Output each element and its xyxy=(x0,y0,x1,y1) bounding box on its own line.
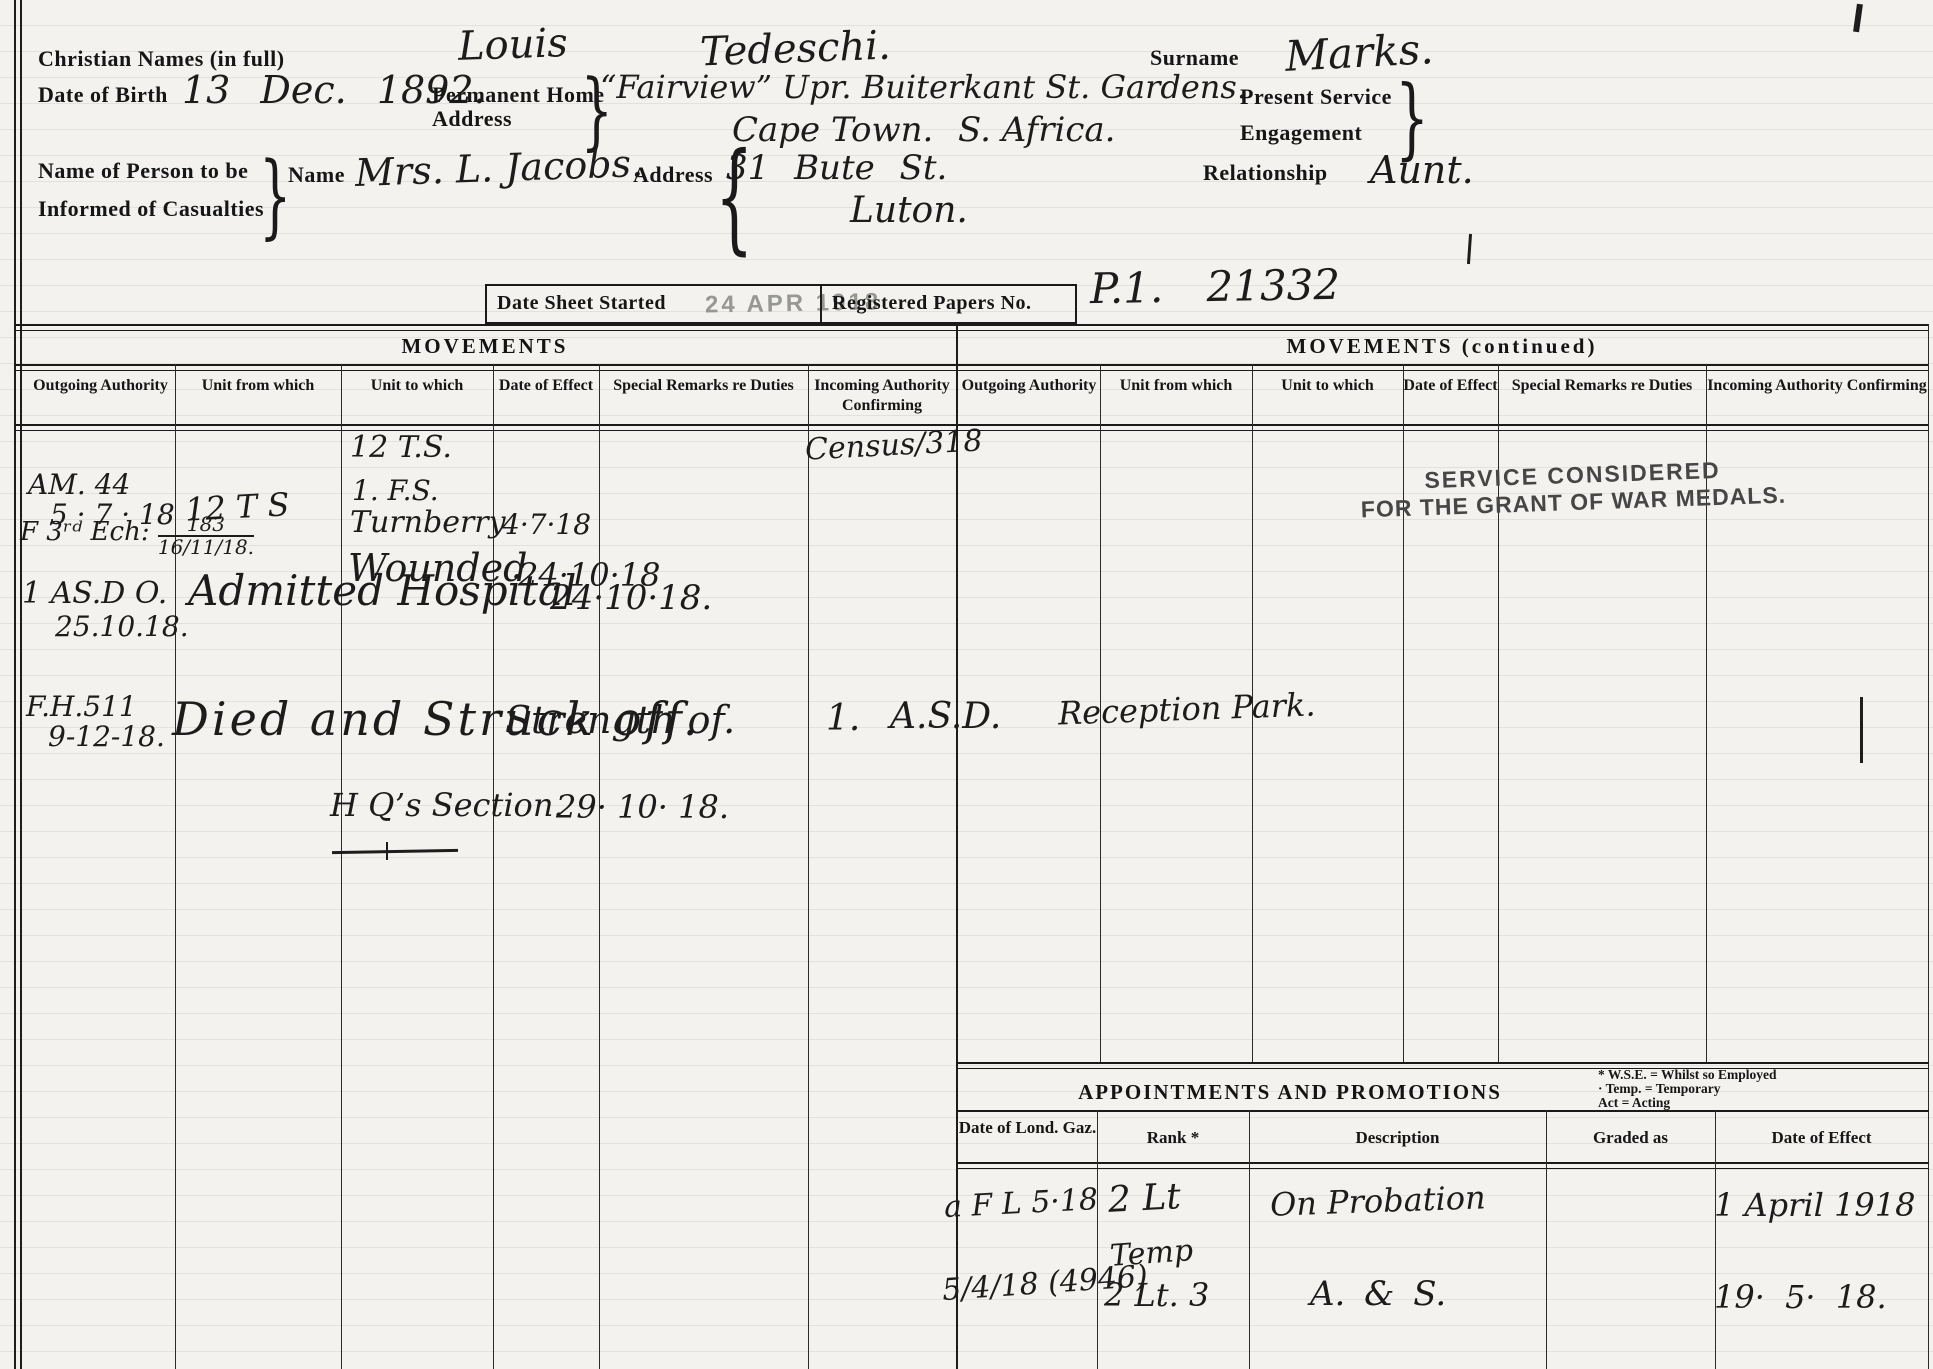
column-divider xyxy=(1097,1110,1098,1369)
movement-entry: Reception Park. xyxy=(1057,686,1316,733)
column-header: Incoming Authority Confirming xyxy=(808,376,956,416)
movement-entry: Strength of. xyxy=(505,698,735,742)
column-divider xyxy=(1546,1110,1547,1369)
movement-entry: 1. F.S. xyxy=(352,474,439,507)
legend-temp: · Temp. = Temporary xyxy=(1598,1082,1777,1096)
table-top-rule xyxy=(14,324,1929,331)
f3-denominator: 16/11/18. xyxy=(158,537,254,558)
relationship-label: Relationship xyxy=(1203,160,1328,186)
page-border-left-inner xyxy=(20,0,22,1369)
appointment-entry: 19· 5· 18. xyxy=(1714,1278,1887,1316)
f3-fraction: 18316/11/18. xyxy=(158,514,254,558)
movement-entry: 9-12-18. xyxy=(48,720,165,753)
movement-entry: AM. 44 xyxy=(28,468,130,501)
column-divider xyxy=(341,364,342,1369)
appointments-legend: * W.S.E. = Whilst so Employed · Temp. = … xyxy=(1598,1068,1777,1110)
f3-prefix: F 3ʳᵈ Ech: xyxy=(20,517,150,547)
war-medals-stamp: SERVICE CONSIDERED FOR THE GRANT OF WAR … xyxy=(1335,454,1811,525)
service-record-sheet: Christian Names (in full) Louis Tedeschi… xyxy=(0,0,1933,1369)
column-divider xyxy=(599,364,600,1369)
movements-title-left: MOVEMENTS xyxy=(14,334,956,359)
column-header: Special Remarks re Duties xyxy=(1498,376,1706,396)
movement-entry: 24·10·18. xyxy=(550,578,712,618)
permanent-home-label-line1: Permanent Home xyxy=(432,82,605,108)
movement-entry: 29· 10· 18. xyxy=(556,788,729,826)
column-header: Incoming Authority Confirming xyxy=(1706,376,1928,396)
title-bottom-rule xyxy=(14,364,1929,371)
f3-numerator: 183 xyxy=(158,514,254,537)
relationship-value: Aunt. xyxy=(1370,148,1474,192)
present-service-label-line2: Engagement xyxy=(1240,120,1362,146)
casualty-brace: } xyxy=(259,150,291,242)
page-border-left-outer xyxy=(14,0,16,1369)
column-header: Date of Lond. Gaz. xyxy=(958,1118,1097,1138)
registered-papers-value: P.1. 21332 xyxy=(1090,260,1341,313)
name-label: Name xyxy=(288,162,345,188)
column-header: Description xyxy=(1249,1128,1546,1148)
registered-papers-label: Registered Papers No. xyxy=(832,292,1032,315)
movement-entry: 25.10.18. xyxy=(55,610,189,643)
appointments-header-bottom-rule xyxy=(956,1162,1929,1169)
casualty-label-line2: Informed of Casualties xyxy=(38,196,264,222)
column-header: Date of Effect xyxy=(1715,1128,1928,1148)
column-header: Unit from which xyxy=(1100,376,1252,396)
movement-entry: 1 AS.D O. xyxy=(22,576,167,611)
movement-entry: Turnberry xyxy=(350,505,506,540)
column-divider xyxy=(1249,1110,1250,1369)
movement-entry: F 3ʳᵈ Ech: 18316/11/18. xyxy=(20,514,254,558)
column-header: Unit to which xyxy=(1252,376,1403,396)
pen-tick xyxy=(386,842,388,860)
table-right-edge xyxy=(1928,324,1929,1369)
movement-entry: 1. xyxy=(826,698,860,739)
appointment-entry: 2 Lt. 3 xyxy=(1104,1276,1209,1314)
legend-wse: * W.S.E. = Whilst so Employed xyxy=(1598,1068,1777,1082)
casualty-address-label: Address xyxy=(633,162,713,188)
appointments-header-top-rule xyxy=(956,1110,1929,1112)
pen-mark xyxy=(1467,234,1472,264)
home-address-line1: “Fairview” Upr. Buiterkant St. Gardens. xyxy=(600,68,1247,106)
column-header: Date of Effect xyxy=(493,376,599,396)
movement-entry: Admitted Hospital xyxy=(188,566,576,615)
movement-entry: H Q’s Section. xyxy=(330,786,564,824)
casualty-address-line1: 31 Bute St. xyxy=(726,148,947,188)
column-header: Date of Effect xyxy=(1403,376,1498,396)
column-divider xyxy=(808,364,809,1369)
present-service-label-line1: Present Service xyxy=(1240,84,1392,110)
column-header: Outgoing Authority xyxy=(26,376,175,396)
date-sheet-box-divider xyxy=(820,286,822,322)
home-address-line3: S. Africa. xyxy=(958,110,1115,150)
christian-names-value: Louis xyxy=(457,20,568,70)
permanent-home-label-line2: Address xyxy=(432,106,512,132)
appointment-entry: 1 April 1918 xyxy=(1714,1186,1916,1224)
appointment-entry: a F L 5·18 xyxy=(943,1182,1099,1225)
pen-mark xyxy=(1860,697,1863,763)
movement-entry: F.H.511 xyxy=(26,690,137,723)
casualty-address-line2: Luton. xyxy=(850,190,968,231)
movements-title-right: MOVEMENTS (continued) xyxy=(956,334,1928,359)
movement-entry: A.S.D. xyxy=(890,696,1001,737)
movement-entry: 4·7·18 xyxy=(502,508,591,541)
appointment-entry: A. & S. xyxy=(1310,1274,1446,1314)
date-of-birth-label: Date of Birth xyxy=(38,82,168,108)
home-address-line2: Cape Town. xyxy=(732,110,933,150)
pen-mark xyxy=(1853,4,1863,33)
appointment-entry: 2 Lt xyxy=(1107,1176,1182,1221)
column-header: Outgoing Authority xyxy=(958,376,1100,396)
pen-dash xyxy=(332,849,458,854)
casualty-name-value: Mrs. L. Jacobs. xyxy=(354,141,643,195)
date-sheet-label: Date Sheet Started xyxy=(497,292,666,315)
column-header: Unit to which xyxy=(341,376,493,396)
date-sheet-box: Date Sheet Started 24 APR 1918 Registere… xyxy=(485,284,1077,324)
column-header: Unit from which xyxy=(175,376,341,396)
appointments-title: APPOINTMENTS AND PROMOTIONS xyxy=(980,1080,1600,1105)
appointment-entry: Temp xyxy=(1109,1233,1194,1274)
column-header: Graded as xyxy=(1546,1128,1715,1148)
column-divider xyxy=(1715,1110,1716,1369)
casualty-label-line1: Name of Person to be xyxy=(38,158,248,184)
column-header: Rank * xyxy=(1097,1128,1249,1148)
movement-entry: 12 T.S. xyxy=(350,430,452,465)
appointments-top-rule xyxy=(956,1062,1929,1069)
legend-act: Act = Acting xyxy=(1598,1096,1777,1110)
appointment-entry: On Probation xyxy=(1269,1178,1486,1224)
column-header: Special Remarks re Duties xyxy=(599,376,808,396)
